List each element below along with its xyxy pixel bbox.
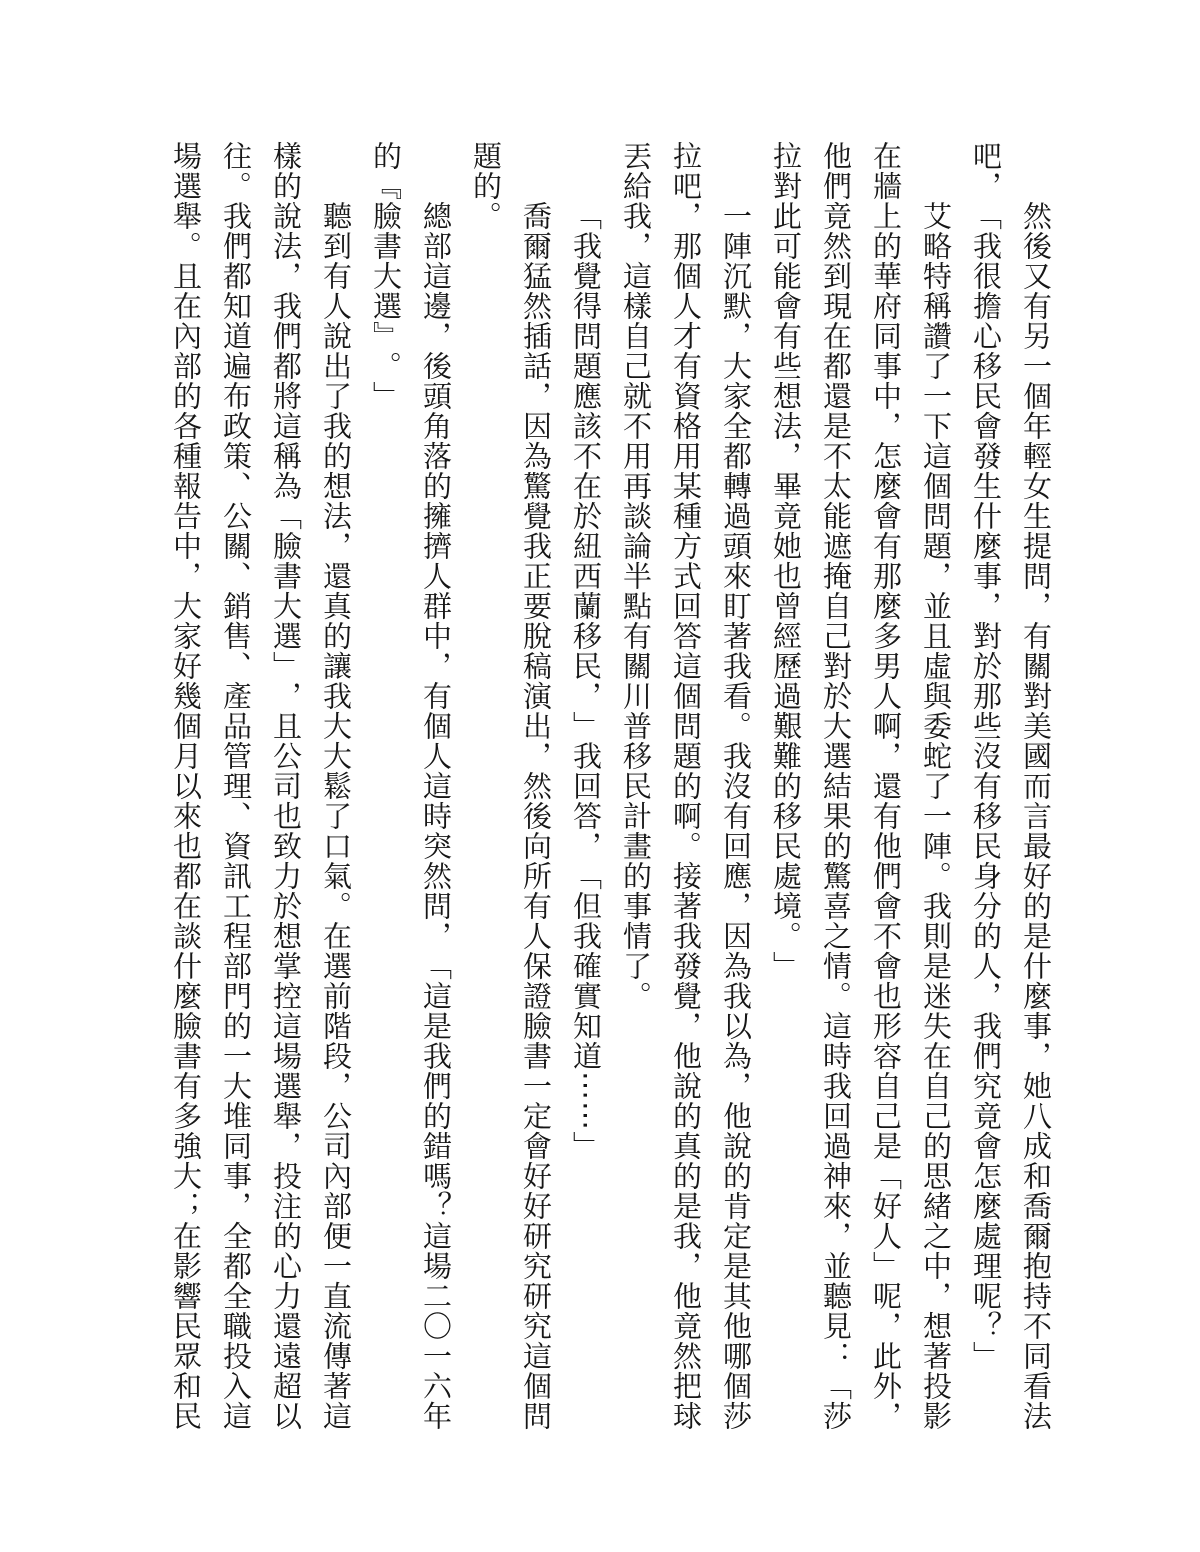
text-column-7: 一陣沉默，大家全都轉過頭來盯著我看。我沒有回應，因為我以為，他說的肯定是其他哪個… bbox=[710, 140, 760, 1432]
text-column-18: 場選舉。且在內部的各種報告中，大家好幾個月以來也都在談什麼臉書有多強大；在影響民… bbox=[160, 140, 210, 1432]
text-column-4: 在牆上的華府同事中，怎麼會有那麼多男人啊，還有他們會不會也形容自己是「好人」呢，… bbox=[860, 140, 910, 1432]
text-column-1: 然後又有另一個年輕女生提問，有關對美國而言最好的是什麼事，她八成和喬爾抱持不同看… bbox=[1010, 140, 1060, 1432]
text-column-2: 吧，「我很擔心移民會發生什麼事，對於那些沒有移民身分的人，我們究竟會怎麼處理呢？… bbox=[960, 140, 1010, 1432]
text-column-5: 他們竟然到現在都還是不太能遮掩自己對於大選結果的驚喜之情。這時我回過神來，並聽見… bbox=[810, 140, 860, 1432]
text-column-13: 總部這邊，後頭角落的擁擠人群中，有個人這時突然問，「這是我們的錯嗎？這場二〇一六… bbox=[410, 140, 460, 1432]
book-page: 然後又有另一個年輕女生提問，有關對美國而言最好的是什麼事，她八成和喬爾抱持不同看… bbox=[0, 0, 1200, 1552]
text-column-16: 樣的說法，我們都將這稱為「臉書大選」，且公司也致力於想掌控這場選舉，投注的心力還… bbox=[260, 140, 310, 1432]
text-column-10: 「我覺得問題應該不在於紐西蘭移民，」我回答，「但我確實知道⋯⋯」 bbox=[560, 140, 610, 1432]
text-column-15: 聽到有人說出了我的想法，還真的讓我大大鬆了口氣。在選前階段，公司內部便一直流傳著… bbox=[310, 140, 360, 1432]
text-column-17: 往。我們都知道遍布政策、公關、銷售、產品管理、資訊工程部門的一大堆同事，全都全職… bbox=[210, 140, 260, 1432]
text-column-14: 的『臉書大選』。」 bbox=[360, 140, 410, 1432]
text-column-11: 喬爾猛然插話，因為驚覺我正要脫稿演出，然後向所有人保證臉書一定會好好研究研究這個… bbox=[510, 140, 560, 1432]
text-column-9: 丟給我，這樣自己就不用再談論半點有關川普移民計畫的事情了。 bbox=[610, 140, 660, 1432]
text-column-12: 題的。 bbox=[460, 140, 510, 1432]
vertical-text-block: 然後又有另一個年輕女生提問，有關對美國而言最好的是什麼事，她八成和喬爾抱持不同看… bbox=[160, 140, 1060, 1432]
text-column-6: 拉對此可能會有些想法，畢竟她也曾經歷過艱難的移民處境。」 bbox=[760, 140, 810, 1432]
text-column-8: 拉吧，那個人才有資格用某種方式回答這個問題的啊。接著我發覺，他說的真的是我，他竟… bbox=[660, 140, 710, 1432]
text-column-3: 艾略特稱讚了一下這個問題，並且虛與委蛇了一陣。我則是迷失在自己的思緒之中，想著投… bbox=[910, 140, 960, 1432]
